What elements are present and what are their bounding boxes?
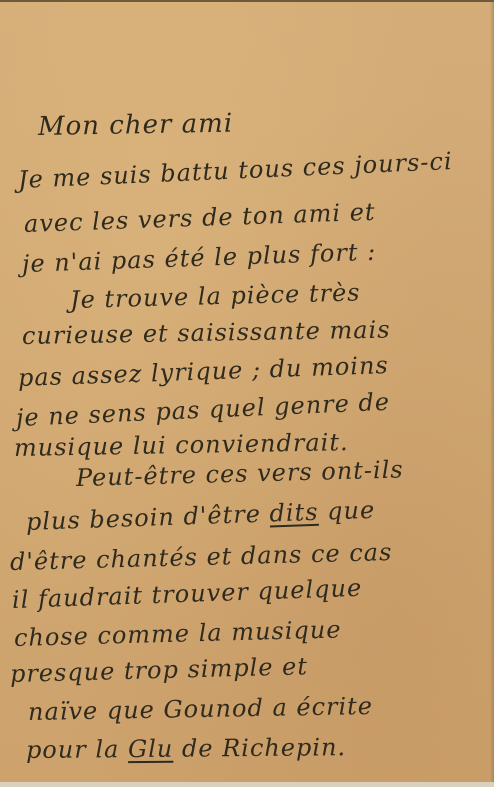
letter-line-14: presque trop simple et (10, 652, 309, 688)
letter-line-9: Peut-être ces vers ont-ils (76, 455, 404, 492)
letter-line-11: d'être chantés et dans ce cas (10, 538, 393, 576)
letter-line-10-end: que (327, 496, 376, 526)
letter-line-2: avec les vers de ton ami et (24, 198, 377, 238)
letter-line-10-start: plus besoin d'être (26, 500, 262, 536)
letter-line-16-start: pour la (26, 735, 120, 764)
paper-bottom-edge (0, 782, 494, 787)
letter-line-13: chose comme la musique (14, 615, 342, 652)
letter-line-5: curieuse et saisissante mais (22, 316, 391, 350)
letter-line-7: je ne sens pas quel genre de (15, 388, 390, 432)
letter-line-16-end: de Richepin. (182, 733, 346, 762)
letter-line-16: pour la Glu de Richepin. (26, 733, 346, 764)
letter-line-3: je n'ai pas été le plus fort : (22, 238, 377, 278)
underlined-word-dits: dits (269, 498, 319, 528)
letter-line-10: plus besoin d'être dits que (26, 496, 376, 536)
paper-top-edge (0, 0, 494, 2)
salutation: Mon cher ami (38, 109, 234, 142)
paper-right-edge (490, 0, 494, 787)
letter-line-1: Je me suis battu tous ces jours-ci (17, 147, 453, 194)
letter-line-12: il faudrait trouver quelque (12, 574, 363, 614)
letter-line-4: Je trouve la pièce très (70, 278, 361, 314)
underlined-title-glu: Glu (128, 735, 174, 763)
letter-paper: Mon cher ami Je me suis battu tous ces j… (0, 0, 494, 787)
letter-line-15: naïve que Gounod a écrite (28, 692, 373, 726)
letter-line-8: musique lui conviendrait. (14, 428, 349, 462)
letter-line-6: pas assez lyrique ; du moins (18, 351, 390, 392)
